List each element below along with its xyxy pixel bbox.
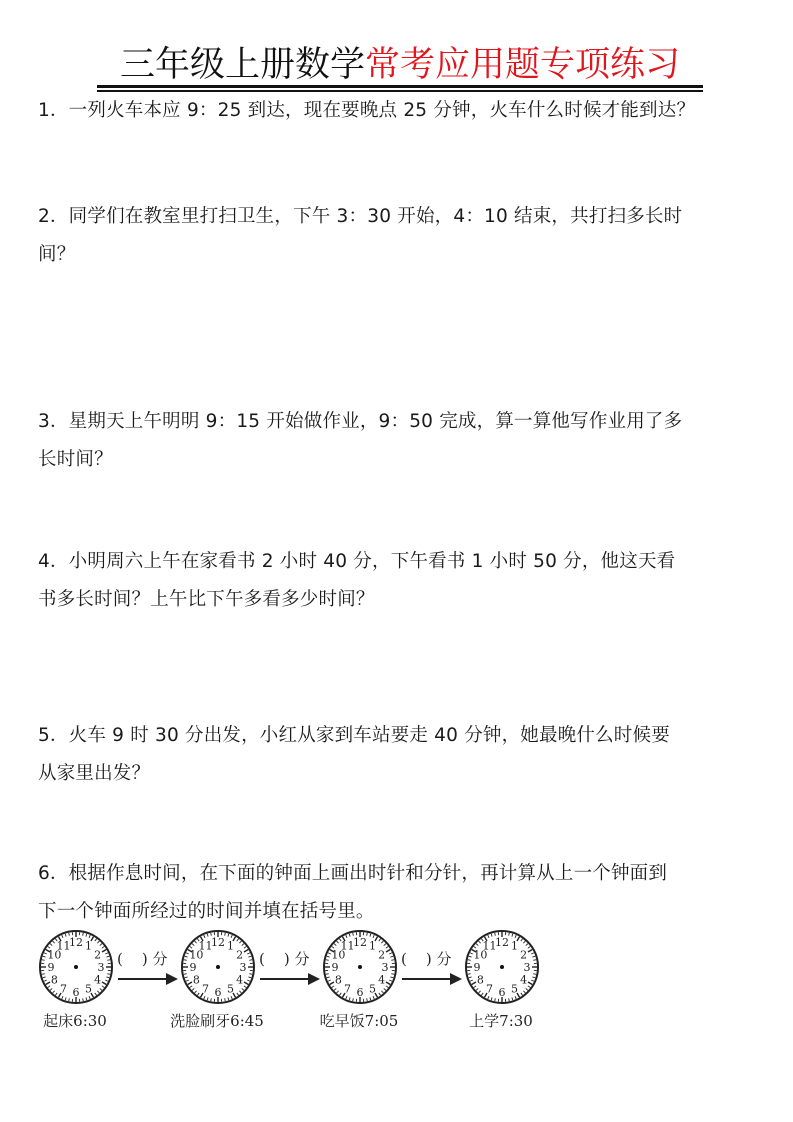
- svg-text:6: 6: [215, 986, 222, 999]
- question-2: 2．同学们在教室里打扫卫生，下午 3：30 开始，4：10 结束，共打扫多长时 …: [38, 198, 760, 274]
- arrow-right-icon: [118, 978, 176, 980]
- svg-text:12: 12: [211, 936, 225, 949]
- clock-face-icon[interactable]: 121234567891011: [463, 928, 541, 1006]
- svg-text:11: 11: [483, 939, 497, 952]
- clock-label: 洗脸刷牙6:45: [157, 1010, 277, 1031]
- svg-text:5: 5: [85, 983, 92, 996]
- title-underline-thick: [97, 85, 703, 88]
- svg-text:12: 12: [495, 936, 509, 949]
- svg-text:3: 3: [240, 961, 247, 974]
- svg-text:2: 2: [236, 949, 243, 962]
- page-title: 三年级上册数学常考应用题专项练习: [97, 44, 703, 86]
- svg-text:3: 3: [98, 961, 105, 974]
- svg-text:9: 9: [474, 961, 481, 974]
- question-3: 3．星期天上午明明 9：15 开始做作业，9：50 完成，算一算他写作业用了多 …: [38, 403, 760, 479]
- svg-text:7: 7: [486, 983, 493, 996]
- question-line: 长时间？: [38, 441, 760, 479]
- question-line: 1．一列火车本应 9：25 到达，现在要晚点 25 分钟，火车什么时候才能到达？: [38, 92, 760, 130]
- svg-text:6: 6: [499, 986, 506, 999]
- svg-text:4: 4: [94, 974, 101, 987]
- arrow-right-icon: [402, 978, 460, 980]
- svg-text:1: 1: [511, 939, 518, 952]
- svg-text:1: 1: [85, 939, 92, 952]
- svg-text:7: 7: [202, 983, 209, 996]
- svg-text:8: 8: [193, 974, 200, 987]
- svg-text:8: 8: [51, 974, 58, 987]
- question-line: 4．小明周六上午在家看书 2 小时 40 分，下午看书 1 小时 50 分，他这…: [38, 543, 760, 581]
- svg-text:9: 9: [190, 961, 197, 974]
- svg-text:6: 6: [73, 986, 80, 999]
- svg-text:2: 2: [520, 949, 527, 962]
- svg-text:5: 5: [511, 983, 518, 996]
- svg-text:11: 11: [341, 939, 355, 952]
- svg-text:5: 5: [227, 983, 234, 996]
- svg-text:3: 3: [524, 961, 531, 974]
- svg-text:11: 11: [57, 939, 71, 952]
- svg-text:7: 7: [60, 983, 67, 996]
- title-black-part: 三年级上册数学: [120, 45, 365, 85]
- svg-text:12: 12: [69, 936, 83, 949]
- question-line: 3．星期天上午明明 9：15 开始做作业，9：50 完成，算一算他写作业用了多: [38, 403, 760, 441]
- clock-label: 上学7:30: [441, 1010, 561, 1031]
- title-red-part: 常考应用题专项练习: [365, 45, 680, 85]
- svg-text:3: 3: [382, 961, 389, 974]
- clock-face-icon[interactable]: 121234567891011: [321, 928, 399, 1006]
- elapsed-minutes-blank[interactable]: ( ) 分: [401, 948, 452, 969]
- svg-text:12: 12: [353, 936, 367, 949]
- arrow-right-icon: [260, 978, 318, 980]
- clock-row: 121234567891011 121234567891011 12123456…: [0, 920, 793, 1040]
- svg-text:8: 8: [335, 974, 342, 987]
- svg-text:9: 9: [48, 961, 55, 974]
- svg-text:4: 4: [378, 974, 385, 987]
- clock-face-icon[interactable]: 121234567891011: [179, 928, 257, 1006]
- elapsed-minutes-blank[interactable]: ( ) 分: [117, 948, 168, 969]
- svg-text:1: 1: [227, 939, 234, 952]
- svg-text:1: 1: [369, 939, 376, 952]
- clock-label: 吃早饭7:05: [299, 1010, 419, 1031]
- question-line: 从家里出发？: [38, 755, 760, 793]
- svg-text:4: 4: [520, 974, 527, 987]
- question-1: 1．一列火车本应 9：25 到达，现在要晚点 25 分钟，火车什么时候才能到达？: [38, 92, 760, 130]
- svg-text:5: 5: [369, 983, 376, 996]
- elapsed-minutes-blank[interactable]: ( ) 分: [259, 948, 310, 969]
- clock-face-icon[interactable]: 121234567891011: [37, 928, 115, 1006]
- svg-text:4: 4: [236, 974, 243, 987]
- question-line: 6．根据作息时间，在下面的钟面上画出时针和分针，再计算从上一个钟面到: [38, 855, 760, 893]
- svg-text:11: 11: [199, 939, 213, 952]
- question-line: 5．火车 9 时 30 分出发，小红从家到车站要走 40 分钟，她最晚什么时候要: [38, 717, 760, 755]
- question-line: 间？: [38, 236, 760, 274]
- svg-text:2: 2: [94, 949, 101, 962]
- svg-text:9: 9: [332, 961, 339, 974]
- question-5: 5．火车 9 时 30 分出发，小红从家到车站要走 40 分钟，她最晚什么时候要…: [38, 717, 760, 793]
- svg-text:7: 7: [344, 983, 351, 996]
- question-line: 2．同学们在教室里打扫卫生，下午 3：30 开始，4：10 结束，共打扫多长时: [38, 198, 760, 236]
- svg-text:8: 8: [477, 974, 484, 987]
- question-line: 书多长时间？上午比下午多看多少时间？: [38, 581, 760, 619]
- svg-text:2: 2: [378, 949, 385, 962]
- clock-label: 起床6:30: [15, 1010, 135, 1031]
- question-4: 4．小明周六上午在家看书 2 小时 40 分，下午看书 1 小时 50 分，他这…: [38, 543, 760, 619]
- svg-text:6: 6: [357, 986, 364, 999]
